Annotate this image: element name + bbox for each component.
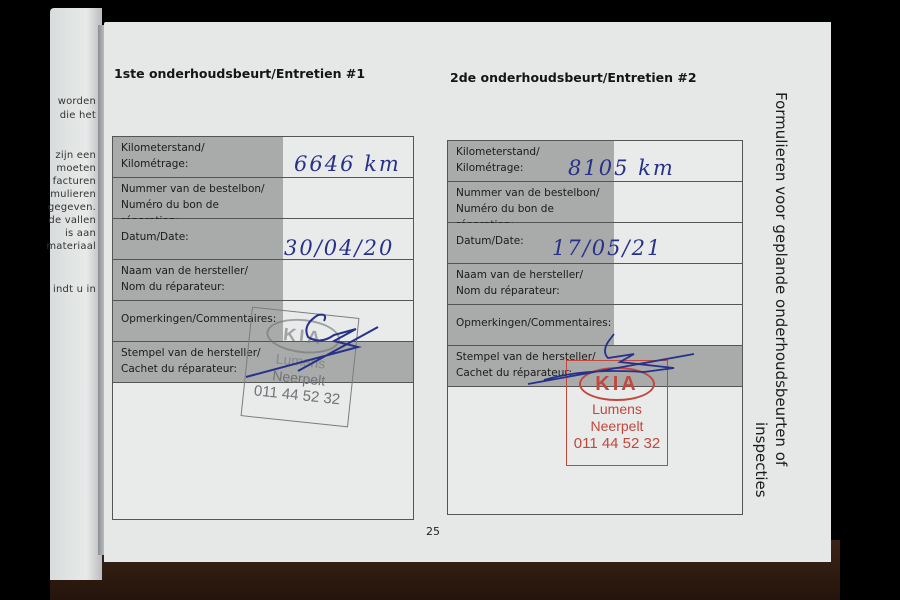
left-text-line: die het bbox=[60, 110, 96, 121]
order-number-field[interactable] bbox=[614, 182, 742, 222]
left-text-line: moeten bbox=[56, 163, 96, 174]
vertical-section-title: Formulieren voor geplande onderhoudsbeur… bbox=[754, 92, 794, 512]
left-text-line: mulieren bbox=[50, 189, 96, 200]
page-number: 25 bbox=[426, 525, 440, 538]
label-nl: Naam van de hersteller/ bbox=[456, 267, 606, 283]
form-2-row-repairer-name: Naam van de hersteller/Nom du réparateur… bbox=[448, 264, 742, 305]
signature-2-icon bbox=[524, 332, 704, 392]
right-page: 1ste onderhoudsbeurt/Entretien #1 Kilome… bbox=[104, 22, 831, 562]
label-nl: Nummer van de bestelbon/ bbox=[456, 185, 606, 201]
left-text-line: worden bbox=[58, 96, 96, 107]
left-text-line: zijn een bbox=[55, 150, 96, 161]
label-fr: Nom du réparateur: bbox=[456, 283, 606, 299]
signature-1-icon bbox=[238, 307, 388, 387]
form-2-title: 2de onderhoudsbeurt/Entretien #2 bbox=[450, 70, 697, 85]
label-nl: Datum/Date: bbox=[121, 229, 275, 245]
repairer-name-field[interactable] bbox=[614, 264, 742, 304]
form-2-date-value: 17/05/21 bbox=[552, 236, 662, 260]
form-1-row-repairer-name: Naam van de hersteller/Nom du réparateur… bbox=[113, 260, 413, 301]
label-fr: Kilométrage: bbox=[121, 156, 275, 172]
label-nl: Nummer van de bestelbon/ bbox=[121, 181, 275, 197]
vertical-title-line-2: inspecties bbox=[752, 422, 770, 498]
left-text-line: gegeven. bbox=[48, 202, 96, 213]
form-1-row-order-number: Nummer van de bestelbon/Numéro du bon de… bbox=[113, 178, 413, 219]
left-text-line: indt u in bbox=[53, 284, 96, 295]
form-1-title: 1ste onderhoudsbeurt/Entretien #1 bbox=[114, 66, 365, 81]
repairer-name-field[interactable] bbox=[283, 260, 413, 300]
order-number-field[interactable] bbox=[283, 178, 413, 218]
left-text-line: de vallen bbox=[48, 215, 96, 226]
form-2-row-order-number: Nummer van de bestelbon/Numéro du bon de… bbox=[448, 182, 742, 223]
stamp-phone: 011 44 52 32 bbox=[567, 435, 667, 452]
left-page: worden die het zijn een moeten facturen … bbox=[50, 8, 102, 580]
left-text-line: materiaal bbox=[46, 241, 96, 252]
stamp-line-2: Neerpelt bbox=[567, 418, 667, 435]
form-2-mileage-value: 8105 km bbox=[568, 156, 675, 180]
label-fr: Nom du réparateur: bbox=[121, 279, 275, 295]
left-text-line: is aan bbox=[65, 228, 96, 239]
form-1-mileage-value: 6646 km bbox=[294, 152, 401, 176]
label-nl: Naam van de hersteller/ bbox=[121, 263, 275, 279]
form-1-date-value: 30/04/20 bbox=[284, 236, 394, 260]
left-text-line: facturen bbox=[53, 176, 96, 187]
label-nl: Kilometerstand/ bbox=[121, 140, 275, 156]
stamp-line-1: Lumens bbox=[567, 401, 667, 418]
label-nl: Opmerkingen/Commentaires: bbox=[456, 315, 606, 331]
vertical-title-line-1: Formulieren voor geplande onderhoudsbeur… bbox=[772, 92, 790, 466]
